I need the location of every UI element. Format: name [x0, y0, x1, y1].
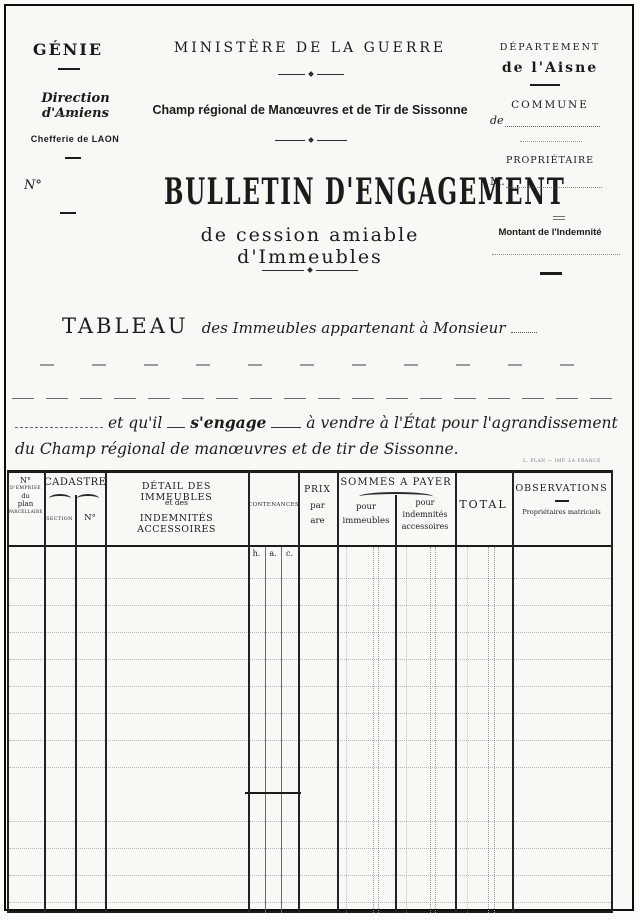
- header-sommes: SOMMES A PAYER: [337, 477, 455, 488]
- header-cadastre-no: N°: [75, 513, 105, 523]
- fill-dots: [511, 322, 537, 333]
- col-line: [75, 495, 77, 913]
- row-rule: [9, 740, 611, 741]
- header-detail-l2: et des: [105, 498, 248, 507]
- engagement-seg1: et qu'il: [108, 414, 162, 432]
- cents-dotted-line: [346, 547, 347, 913]
- subtitle: de cession amiable d'Immeubles: [130, 224, 490, 268]
- header-detail-l3: INDEMNITÉS ACCESSOIRES: [105, 513, 248, 535]
- header-pour-indemnites-l1: pour: [395, 498, 455, 507]
- montant-label: Montant de l'Indemnité: [495, 227, 605, 238]
- cents-dotted-line: [406, 547, 407, 913]
- commune-fill-line: [520, 141, 582, 142]
- fill-line: [15, 417, 103, 428]
- header-emprise-l2: D'EMPRISE: [7, 486, 44, 492]
- tableau-rest: des Immeubles appartenant à Monsieur: [202, 319, 506, 337]
- broken-fill-line: [40, 364, 600, 366]
- commune-fill-line: [505, 126, 600, 127]
- tableau-word: TABLEAU: [62, 314, 189, 338]
- observations-dash: [555, 500, 569, 502]
- fill-line: [167, 417, 185, 428]
- departement-label: DÉPARTEMENT: [495, 42, 605, 53]
- tableau-line: TABLEAU des Immeubles appartenant à Mons…: [62, 314, 537, 338]
- col-line: [337, 470, 339, 913]
- table-left-border: [7, 470, 9, 913]
- engagement-seg2: s'engage: [190, 413, 266, 432]
- header-bottom-border: [7, 545, 613, 547]
- cents-dotted-line: [467, 547, 468, 913]
- header-prix-l2: par: [298, 501, 337, 511]
- scanned-form-page: GÉNIE Direction d'Amiens Chefferie de LA…: [0, 0, 640, 920]
- divider-dash: [553, 219, 565, 220]
- proprietaire-label: PROPRIÉTAIRE: [495, 155, 605, 166]
- header-prix-l3: are: [298, 516, 337, 526]
- ministry-title: MINISTÈRE DE LA GUERRE: [160, 40, 460, 56]
- row-rule: [9, 848, 611, 849]
- cents-dotted-line: [373, 547, 374, 913]
- chefferie-label: Chefferie de LAON: [25, 134, 125, 144]
- divider-dash: [65, 157, 81, 159]
- col-line: [455, 470, 457, 913]
- table-bottom-border: [7, 911, 613, 913]
- proprietaire-fill-line: [506, 187, 602, 188]
- immeubles-table: N° D'EMPRISE du plan PARCELLAIRE CADASTR…: [7, 470, 613, 913]
- direction-label: Direction d'Amiens: [8, 91, 143, 121]
- cadastre-swash: [49, 494, 71, 503]
- row-rule: [9, 713, 611, 714]
- engagement-line-2: du Champ régional de manœuvres et de tir…: [15, 440, 459, 458]
- divider-dash: [58, 68, 80, 70]
- subcol-line-a-c: [281, 547, 282, 913]
- table-top-border: [7, 470, 613, 473]
- printer-mark: L. PLAN — IMP. LA FRANCE: [523, 459, 628, 464]
- row-rule: [9, 659, 611, 660]
- subcol-line-h-a: [265, 547, 266, 913]
- contenances-segment-rule: [245, 792, 301, 794]
- row-rule: [9, 578, 611, 579]
- header-emprise-no: N°: [7, 476, 44, 486]
- col-line: [395, 495, 397, 913]
- corps-label: GÉNIE: [28, 40, 108, 59]
- cents-dotted-line: [488, 547, 489, 913]
- col-line: [298, 470, 300, 913]
- divider-dash: [530, 84, 560, 86]
- col-line: [248, 470, 250, 913]
- header-emprise: N° D'EMPRISE du plan PARCELLAIRE: [7, 476, 44, 514]
- diamond-ornament: [308, 71, 314, 77]
- row-rule: [9, 605, 611, 606]
- row-rule: [9, 686, 611, 687]
- col-line: [512, 470, 514, 913]
- cents-dotted-line: [435, 547, 436, 913]
- header-pour-immeubles-l2: immeubles: [337, 516, 395, 526]
- divider-dash: [60, 212, 76, 214]
- header-contenances: CONTENANCES: [248, 502, 298, 508]
- ornament-rule: [275, 138, 347, 142]
- header-pour-immeubles-l1: pour: [337, 502, 395, 512]
- subheader-a: a.: [265, 549, 281, 558]
- row-rule: [9, 875, 611, 876]
- engagement-line-1: et qu'il s'engage à vendre à l'État pour…: [15, 413, 618, 432]
- header-pour-indemnites-l3: accessoires: [395, 522, 455, 531]
- cents-dotted-line: [430, 547, 431, 913]
- header-pour-indemnites-l2: indemnités: [395, 510, 455, 519]
- header-prix-l1: PRIX: [298, 485, 337, 495]
- table-right-border: [611, 470, 613, 913]
- fill-line: [271, 417, 301, 428]
- header-emprise-l5: PARCELLAIRE: [7, 509, 44, 514]
- main-title: BULLETIN D'ENGAGEMENT: [164, 170, 565, 213]
- cents-dotted-line: [494, 547, 495, 913]
- row-rule: [9, 902, 611, 903]
- fill-line: [12, 398, 624, 399]
- header-observations: OBSERVATIONS: [512, 483, 611, 494]
- divider-dash: [55, 115, 91, 116]
- proprietaire-prefix: M.: [490, 175, 505, 188]
- commune-prefix: de: [490, 114, 504, 127]
- commune-label: COMMUNE: [495, 99, 605, 111]
- numero-label: N°: [24, 178, 42, 193]
- dot-ornament: [307, 267, 313, 273]
- header-observations-sub: Propriétaires matriciels: [512, 508, 611, 516]
- col-line: [44, 470, 46, 913]
- subheader-c: c.: [281, 549, 298, 558]
- header-section: SECTION: [44, 517, 75, 522]
- ornament-rule: [278, 72, 344, 76]
- champ-regional-title: Champ régional de Manœuvres et de Tir de…: [140, 103, 480, 117]
- cadastre-swash: [77, 494, 99, 503]
- row-rule: [9, 821, 611, 822]
- departement-value: de l'Aisne: [490, 60, 610, 76]
- cross-ornament: [308, 137, 314, 143]
- header-total: TOTAL: [455, 498, 512, 511]
- row-rule: [9, 767, 611, 768]
- divider-dash: [540, 272, 562, 275]
- row-rule: [9, 632, 611, 633]
- divider-dash: [553, 216, 565, 217]
- subheader-h: h.: [248, 549, 265, 558]
- main-title-wrap: BULLETIN D'ENGAGEMENT: [120, 170, 500, 203]
- montant-fill-line: [492, 254, 620, 255]
- col-line: [105, 470, 107, 913]
- engagement-seg3: à vendre à l'État pour l'agrandissement: [306, 414, 617, 432]
- ornament-rule: [262, 268, 358, 272]
- header-emprise-l4: plan: [7, 500, 44, 509]
- header-emprise-l3: du: [7, 492, 44, 500]
- cents-dotted-line: [378, 547, 379, 913]
- header-cadastre: CADASTRE: [44, 477, 105, 488]
